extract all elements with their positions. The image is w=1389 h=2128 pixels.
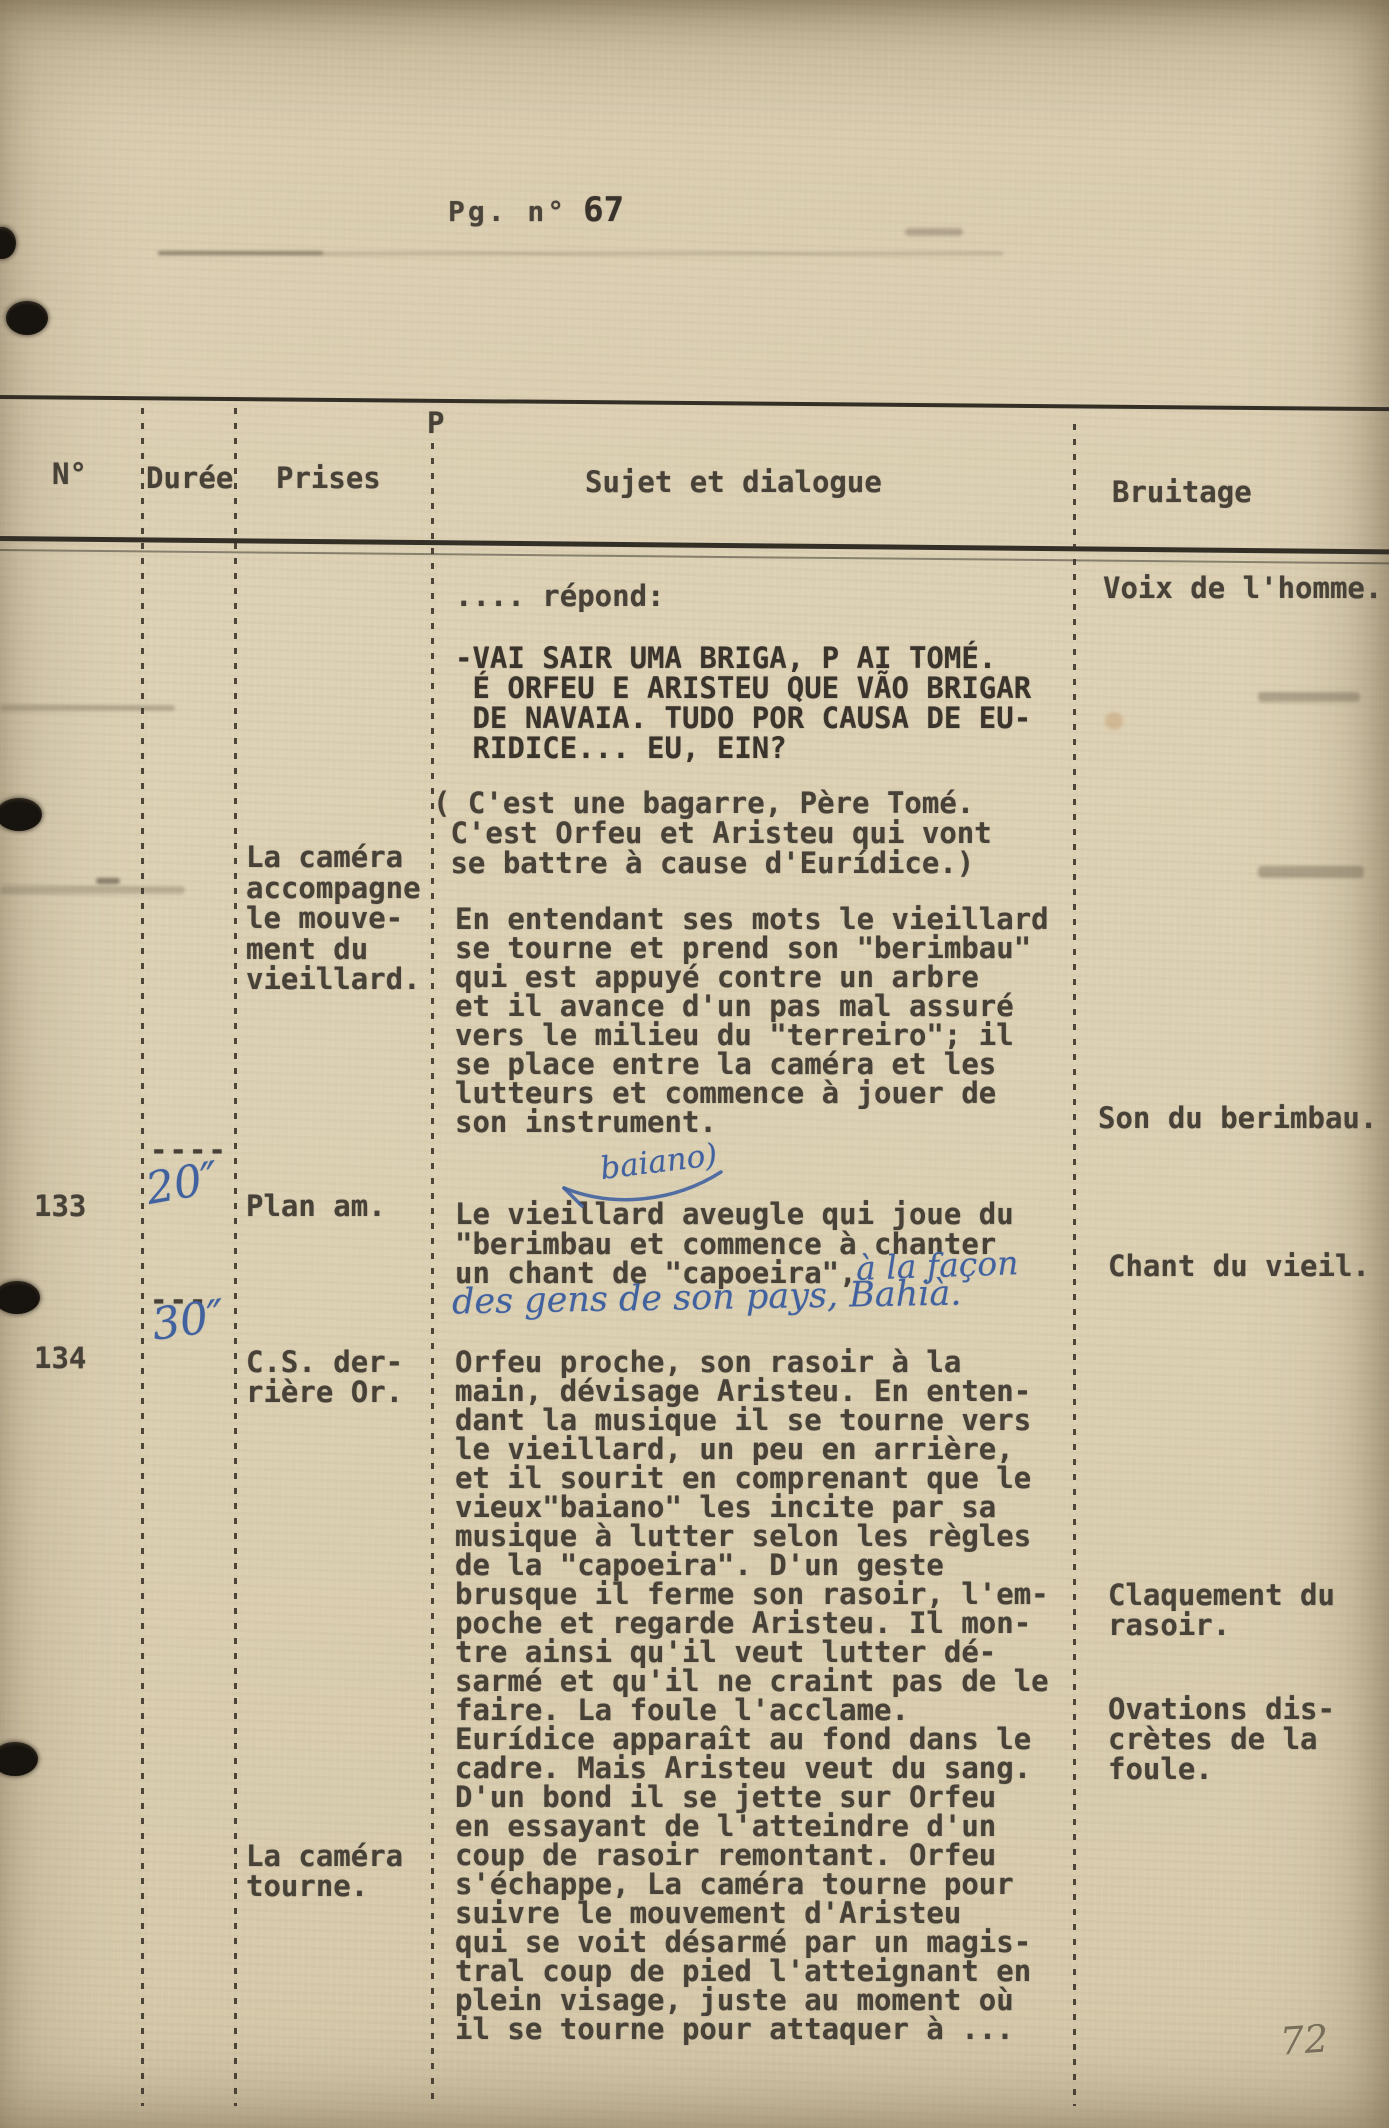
column-header-prises: Prises — [276, 464, 381, 493]
text-line: poche et regarde Aristeu. Il mon- — [455, 1609, 1049, 1638]
column-header-bruitage: Bruitage — [1112, 478, 1252, 507]
text-line: se place entre la caméra et les — [455, 1050, 1049, 1079]
text-line: La caméra — [246, 1841, 403, 1871]
text-line: vieux"baiano" les incite par sa — [455, 1493, 1049, 1522]
handwritten-duration-133: 20″ — [142, 1152, 222, 1215]
text-line: cadre. Mais Aristeu veut du sang. — [455, 1754, 1049, 1783]
text-line: crètes de la — [1108, 1724, 1335, 1754]
text-line: suivre le mouvement d'Aristeu — [455, 1899, 1049, 1928]
text-line: faire. La foule l'acclame. — [455, 1696, 1049, 1725]
dialogue-quote-portuguese: -VAI SAIR UMA BRIGA, P AI TOMÉ. É ORFEU … — [455, 643, 1031, 763]
prises-camera-note-1: La caméraaccompagnele mouve-ment duvieil… — [246, 842, 421, 995]
text-line: s'échappe, La caméra tourne pour — [455, 1870, 1049, 1899]
dialogue-action-1: En entendant ses mots le vieillardse tou… — [455, 905, 1049, 1137]
text-line: et il sourit en comprenant que le — [455, 1464, 1049, 1493]
hole-punch — [0, 798, 42, 831]
bruitage-voix: Voix de l'homme. — [1103, 574, 1382, 603]
text-line: DE NAVAIA. TUDO POR CAUSA DE EU- — [455, 703, 1031, 733]
dialogue-repond: .... répond: — [455, 582, 665, 611]
column-divider-no-duree — [141, 408, 144, 2106]
column-header-sujet: Sujet et dialogue — [585, 468, 882, 497]
text-line: qui se voit désarmé par un magis- — [455, 1928, 1049, 1957]
page-label: Pg. n° — [448, 195, 567, 228]
text-line: Claquement du — [1108, 1580, 1335, 1610]
page-number-header: Pg. n°67 — [448, 190, 624, 230]
text-line: de la "capoeira". D'un geste — [455, 1551, 1049, 1580]
text-line: qui est appuyé contre un arbre — [455, 963, 1049, 992]
text-line: tral coup de pied l'atteignant en — [455, 1957, 1049, 1986]
text-line: plein visage, juste au moment où — [455, 1986, 1049, 2015]
hole-punch — [0, 227, 16, 259]
prises-camera-note-2: La camératourne. — [246, 1841, 403, 1901]
text-line: tourne. — [246, 1871, 403, 1901]
column-header-duree: Durée — [146, 464, 233, 493]
table-rule-top — [0, 395, 1389, 411]
scanned-script-page: Pg. n°67 N° P Durée Prises Sujet et dial… — [0, 0, 1389, 2128]
prises-plan-133: Plan am. — [246, 1192, 386, 1221]
hole-punch — [0, 1281, 40, 1314]
text-line: D'un bond il se jette sur Orfeu — [455, 1783, 1049, 1812]
text-line: sarmé et qu'il ne craint pas de le — [455, 1667, 1049, 1696]
text-line: se tourne et prend son "berimbau" — [455, 934, 1049, 963]
text-line: C.S. der- — [246, 1347, 403, 1377]
column-divider-duree-prises — [234, 408, 237, 2106]
dialogue-quote-french: ( C'est une bagarre, Père Tomé. C'est Or… — [433, 788, 992, 878]
text-line: RIDICE... EU, EIN? — [455, 733, 1031, 763]
text-line: Orfeu proche, son rasoir à la — [455, 1348, 1049, 1377]
text-line: ( C'est une bagarre, Père Tomé. — [433, 788, 992, 818]
scan-smudge — [0, 705, 175, 711]
dialogue-shot-134: Orfeu proche, son rasoir à lamain, dévis… — [455, 1348, 1049, 2044]
bruitage-claquement: Claquement durasoir. — [1108, 1580, 1335, 1640]
text-line: Eurídice apparaît au fond dans le — [455, 1725, 1049, 1754]
text-line: foule. — [1108, 1754, 1335, 1784]
text-line: il se tourne pour attaquer à ... — [455, 2015, 1049, 2044]
pencil-page-note: 72 — [1279, 2016, 1330, 2063]
text-line: son instrument. — [455, 1108, 1049, 1137]
text-line: lutteurs et commence à jouer de — [455, 1079, 1049, 1108]
text-line: -VAI SAIR UMA BRIGA, P AI TOMÉ. — [455, 643, 1031, 673]
scan-smudge — [0, 886, 185, 894]
text-line: brusque il ferme son rasoir, l'em- — [455, 1580, 1049, 1609]
text-line: En entendant ses mots le vieillard — [455, 905, 1049, 934]
bruitage-ovations: Ovations dis-crètes de lafoule. — [1108, 1694, 1335, 1784]
text-line: La caméra — [246, 842, 421, 873]
scan-smudge — [1258, 692, 1360, 702]
text-line: dant la musique il se tourne vers — [455, 1406, 1049, 1435]
text-line: se battre à cause d'Eurídice.) — [433, 848, 992, 878]
hole-punch — [6, 301, 48, 335]
column-header-no: N° — [52, 460, 87, 489]
shot-number-133: 133 — [34, 1192, 86, 1221]
bruitage-son-berimbau: Son du berimbau. — [1098, 1104, 1377, 1133]
text-line: accompagne — [246, 873, 421, 904]
text-line: Le vieillard aveugle qui joue du — [455, 1200, 1014, 1230]
text-line: main, dévisage Aristeu. En enten- — [455, 1377, 1049, 1406]
text-line: tre ainsi qu'il veut lutter dé- — [455, 1638, 1049, 1667]
hole-punch — [0, 1742, 38, 1776]
column-header-p-mark: P — [427, 409, 444, 438]
prises-plan-134: C.S. der-rière Or. — [246, 1347, 403, 1407]
column-divider-sujet-bruitage — [1073, 424, 1076, 2106]
text-line: musique à lutter selon les règles — [455, 1522, 1049, 1551]
text-line: en essayant de l'atteindre d'un — [455, 1812, 1049, 1841]
scan-smudge — [158, 251, 323, 255]
text-line: rière Or. — [246, 1377, 403, 1407]
text-line: le vieillard, un peu en arrière, — [455, 1435, 1049, 1464]
text-line: le mouve- — [246, 903, 421, 934]
scan-smudge — [96, 878, 120, 884]
bruitage-chant-133: Chant du vieil. — [1108, 1252, 1370, 1281]
text-line: ment du — [246, 934, 421, 965]
text-line: É ORFEU E ARISTEU QUE VÃO BRIGAR — [455, 673, 1031, 703]
insertion-caret-icon — [556, 1166, 726, 1210]
column-divider-prises-sujet — [431, 443, 434, 2106]
text-line: rasoir. — [1108, 1610, 1335, 1640]
text-line: et il avance d'un pas mal assuré — [455, 992, 1049, 1021]
scan-smudge — [1258, 866, 1364, 878]
text-line: vieillard. — [246, 964, 421, 995]
shot-number-134: 134 — [34, 1344, 86, 1373]
handwritten-des-gens: des gens de son pays, Bahià. — [452, 1274, 962, 1323]
text-line: Ovations dis- — [1108, 1694, 1335, 1724]
handwritten-duration-134: 30″ — [149, 1290, 228, 1351]
text-line: C'est Orfeu et Aristeu qui vont — [433, 818, 992, 848]
scan-smudge — [905, 228, 963, 236]
text-line: coup de rasoir remontant. Orfeu — [455, 1841, 1049, 1870]
paper-stain — [1105, 712, 1123, 730]
text-line: vers le milieu du "terreiro"; il — [455, 1021, 1049, 1050]
page-number: 67 — [583, 190, 624, 230]
